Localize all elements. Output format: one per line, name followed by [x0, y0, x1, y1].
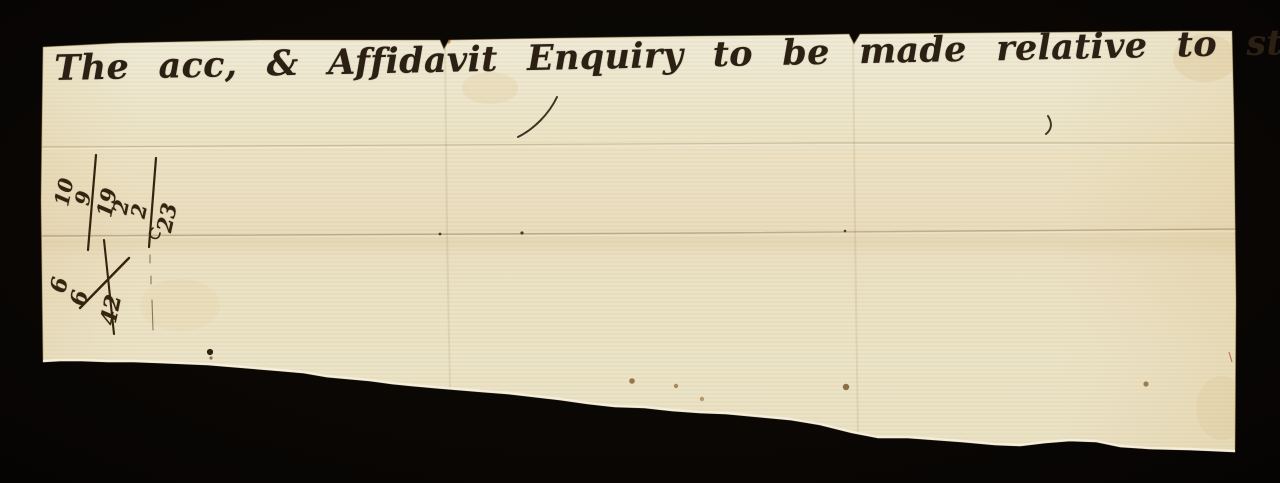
left-edge-mark: [32, 60, 35, 69]
edge-tint: [40, 30, 1240, 460]
scan-background: The acc, & Affidavit Enquiry to be made …: [0, 0, 1280, 483]
